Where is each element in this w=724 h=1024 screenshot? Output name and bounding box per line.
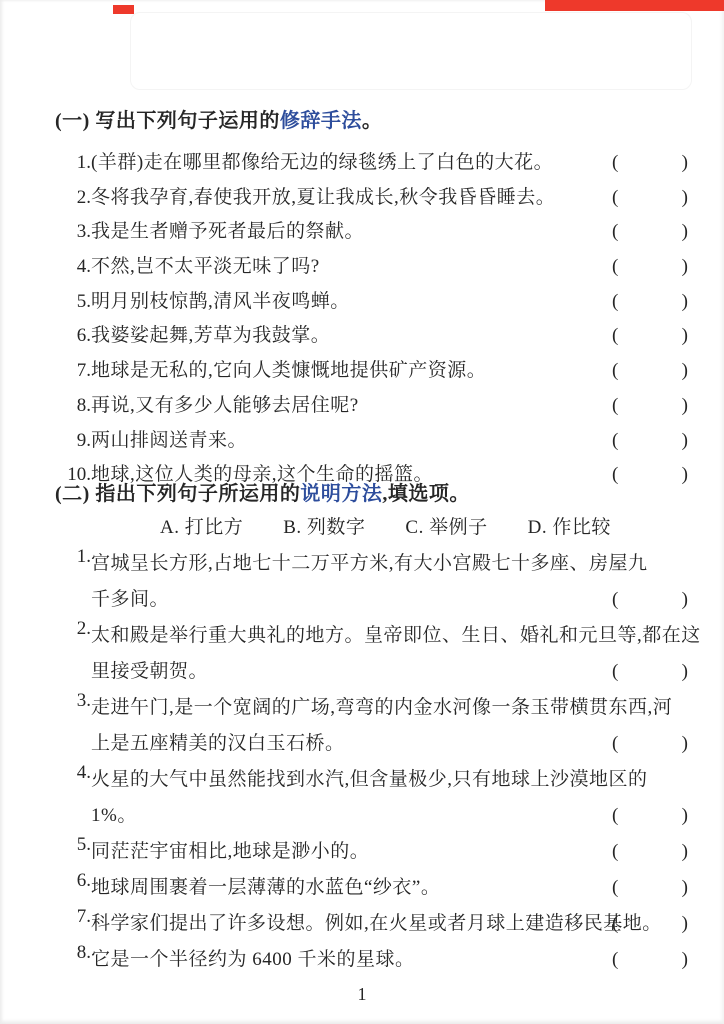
section-1-heading: (一) 写出下列句子运用的修辞手法。 bbox=[55, 104, 688, 133]
question-item: 2.太和殿是举行重大典礼的地方。皇帝即位、生日、婚礼和元旦等,都在这里接受朝贺。… bbox=[55, 618, 688, 690]
bracket-close-paren: ) bbox=[682, 319, 688, 354]
answer-blank: () bbox=[612, 942, 688, 978]
question-number: 5. bbox=[55, 285, 91, 320]
question-item: 7.科学家们提出了许多设想。例如,在火星或者月球上建造移民基地。() bbox=[55, 906, 688, 942]
answer-blank: () bbox=[612, 654, 688, 690]
bracket-close-paren: ) bbox=[682, 354, 688, 389]
question-number: 6. bbox=[55, 870, 91, 906]
question-body: 火星的大气中虽然能找到水汽,但含量极少,只有地球上沙漠地区的1%。() bbox=[91, 762, 688, 834]
answer-blank: () bbox=[612, 906, 688, 942]
section-2-question-list: 1.宫城呈长方形,占地七十二万平方米,有大小宫殿七十多座、房屋九千多间。()2.… bbox=[55, 546, 688, 978]
question-item: 1.(羊群)走在哪里都像给无边的绿毯绣上了白色的大花。() bbox=[55, 146, 688, 181]
option-label: D. 作比较 bbox=[528, 512, 611, 539]
question-item: 9.两山排闼送青来。() bbox=[55, 424, 688, 459]
bracket-open-paren: ( bbox=[612, 389, 618, 424]
bracket-close-paren: ) bbox=[682, 181, 688, 216]
section-1-heading-suffix: 。 bbox=[362, 110, 383, 132]
question-text: 不然,岂不太平淡无味了吗? bbox=[91, 256, 320, 277]
bracket-open-paren: ( bbox=[612, 906, 618, 942]
section-2-heading-prefix: (二) 指出下列句子所运用的 bbox=[55, 483, 300, 505]
bracket-open-paren: ( bbox=[612, 870, 618, 906]
bracket-close-paren: ) bbox=[682, 726, 688, 762]
question-number: 2. bbox=[55, 181, 91, 216]
explanation-term-highlight: 说明方法 bbox=[300, 483, 382, 505]
question-body: 科学家们提出了许多设想。例如,在火星或者月球上建造移民基地。() bbox=[91, 906, 688, 942]
question-line: 走进午门,是一个宽阔的广场,弯弯的内金水河像一条玉带横贯东西,河 bbox=[91, 690, 688, 726]
section-2-heading-suffix: ,填选项。 bbox=[382, 483, 470, 505]
question-line: 科学家们提出了许多设想。例如,在火星或者月球上建造移民基地。() bbox=[91, 906, 688, 942]
question-line: 上是五座精美的汉白玉石桥。() bbox=[91, 726, 688, 762]
bracket-close-paren: ) bbox=[682, 215, 688, 250]
question-text: 同茫茫宇宙相比,地球是渺小的。 bbox=[91, 841, 369, 862]
answer-blank: () bbox=[612, 798, 688, 834]
bracket-open-paren: ( bbox=[612, 319, 618, 354]
question-line: 太和殿是举行重大典礼的地方。皇帝即位、生日、婚礼和元旦等,都在这 bbox=[91, 618, 688, 654]
bracket-close-paren: ) bbox=[682, 798, 688, 834]
question-text: 上是五座精美的汉白玉石桥。 bbox=[91, 733, 345, 754]
answer-blank: () bbox=[612, 215, 688, 250]
bracket-open-paren: ( bbox=[612, 726, 618, 762]
rhetoric-term-highlight: 修辞手法 bbox=[280, 110, 362, 132]
question-line: 里接受朝贺。() bbox=[91, 654, 688, 690]
answer-blank: () bbox=[612, 424, 688, 459]
question-number: 7. bbox=[55, 354, 91, 389]
question-body: 宫城呈长方形,占地七十二万平方米,有大小宫殿七十多座、房屋九千多间。() bbox=[91, 546, 688, 618]
question-number: 8. bbox=[55, 942, 91, 978]
question-item: 5.同茫茫宇宙相比,地球是渺小的。() bbox=[55, 834, 688, 870]
answer-blank: () bbox=[612, 146, 688, 181]
question-text: 地球周围裹着一层薄薄的水蓝色“纱衣”。 bbox=[91, 877, 440, 898]
question-body: 地球周围裹着一层薄薄的水蓝色“纱衣”。() bbox=[91, 870, 688, 906]
bracket-close-paren: ) bbox=[682, 424, 688, 459]
bracket-open-paren: ( bbox=[612, 834, 618, 870]
bracket-close-paren: ) bbox=[682, 942, 688, 978]
question-text: 火星的大气中虽然能找到水汽,但含量极少,只有地球上沙漠地区的 bbox=[91, 769, 648, 790]
bracket-open-paren: ( bbox=[612, 582, 618, 618]
answer-blank: () bbox=[612, 726, 688, 762]
question-text: (羊群)走在哪里都像给无边的绿毯绣上了白色的大花。 bbox=[91, 152, 553, 173]
question-body: 它是一个半径约为 6400 千米的星球。() bbox=[91, 942, 688, 978]
question-line: 地球周围裹着一层薄薄的水蓝色“纱衣”。() bbox=[91, 870, 688, 906]
question-number: 1. bbox=[55, 146, 91, 181]
bracket-close-paren: ) bbox=[682, 834, 688, 870]
answer-blank: () bbox=[612, 389, 688, 424]
question-line: 火星的大气中虽然能找到水汽,但含量极少,只有地球上沙漠地区的 bbox=[91, 762, 688, 798]
option-label: C. 举例子 bbox=[405, 512, 487, 539]
question-text: 太和殿是举行重大典礼的地方。皇帝即位、生日、婚礼和元旦等,都在这 bbox=[91, 625, 701, 646]
question-item: 4.不然,岂不太平淡无味了吗?() bbox=[55, 250, 688, 285]
bracket-close-paren: ) bbox=[682, 250, 688, 285]
question-line: 宫城呈长方形,占地七十二万平方米,有大小宫殿七十多座、房屋九 bbox=[91, 546, 688, 582]
question-number: 7. bbox=[55, 906, 91, 942]
bracket-close-paren: ) bbox=[682, 654, 688, 690]
question-number: 8. bbox=[55, 389, 91, 424]
question-number: 2. bbox=[55, 618, 91, 690]
answer-blank: () bbox=[612, 181, 688, 216]
question-number: 6. bbox=[55, 319, 91, 354]
answer-blank: () bbox=[612, 285, 688, 320]
question-item: 1.宫城呈长方形,占地七十二万平方米,有大小宫殿七十多座、房屋九千多间。() bbox=[55, 546, 688, 618]
question-number: 3. bbox=[55, 690, 91, 762]
question-item: 7.地球是无私的,它向人类慷慨地提供矿产资源。() bbox=[55, 354, 688, 389]
question-text: 科学家们提出了许多设想。例如,在火星或者月球上建造移民基地。 bbox=[91, 913, 662, 934]
bracket-close-paren: ) bbox=[682, 906, 688, 942]
question-number: 1. bbox=[55, 546, 91, 618]
bracket-open-paren: ( bbox=[612, 798, 618, 834]
worksheet-page: (一) 写出下列句子运用的修辞手法。 1.(羊群)走在哪里都像给无边的绿毯绣上了… bbox=[0, 0, 724, 1024]
answer-blank: () bbox=[612, 582, 688, 618]
bracket-open-paren: ( bbox=[612, 285, 618, 320]
choice-options-row: A. 打比方B. 列数字C. 举例子D. 作比较 bbox=[160, 512, 611, 539]
question-line: 它是一个半径约为 6400 千米的星球。() bbox=[91, 942, 688, 978]
question-text: 两山排闼送青来。 bbox=[91, 430, 247, 451]
bracket-open-paren: ( bbox=[612, 146, 618, 181]
question-text: 宫城呈长方形,占地七十二万平方米,有大小宫殿七十多座、房屋九 bbox=[91, 553, 648, 574]
answer-blank: () bbox=[612, 354, 688, 389]
question-text: 我婆娑起舞,芳草为我鼓掌。 bbox=[91, 325, 330, 346]
question-line: 1%。() bbox=[91, 798, 688, 834]
bracket-open-paren: ( bbox=[612, 654, 618, 690]
question-text: 明月别枝惊鹊,清风半夜鸣蝉。 bbox=[91, 291, 350, 312]
question-text: 地球是无私的,它向人类慷慨地提供矿产资源。 bbox=[91, 360, 486, 381]
red-scan-mark-left bbox=[113, 5, 134, 14]
question-line: 同茫茫宇宙相比,地球是渺小的。() bbox=[91, 834, 688, 870]
answer-blank: () bbox=[612, 250, 688, 285]
question-item: 5.明月别枝惊鹊,清风半夜鸣蝉。() bbox=[55, 285, 688, 320]
question-line: 千多间。() bbox=[91, 582, 688, 618]
question-body: 走进午门,是一个宽阔的广场,弯弯的内金水河像一条玉带横贯东西,河上是五座精美的汉… bbox=[91, 690, 688, 762]
bracket-open-paren: ( bbox=[612, 215, 618, 250]
question-text: 它是一个半径约为 6400 千米的星球。 bbox=[91, 949, 415, 970]
bracket-close-paren: ) bbox=[682, 285, 688, 320]
question-item: 8.它是一个半径约为 6400 千米的星球。() bbox=[55, 942, 688, 978]
question-text: 千多间。 bbox=[91, 589, 169, 610]
question-text: 1%。 bbox=[91, 805, 137, 826]
question-item: 3.我是生者赠予死者最后的祭献。() bbox=[55, 215, 688, 250]
question-number: 4. bbox=[55, 762, 91, 834]
bracket-close-paren: ) bbox=[682, 389, 688, 424]
section-1-question-list: 1.(羊群)走在哪里都像给无边的绿毯绣上了白色的大花。()2.冬将我孕育,春使我… bbox=[55, 146, 688, 493]
answer-blank: () bbox=[612, 319, 688, 354]
answer-blank: () bbox=[612, 870, 688, 906]
question-item: 2.冬将我孕育,春使我开放,夏让我成长,秋令我昏昏睡去。() bbox=[55, 181, 688, 216]
answer-blank: () bbox=[612, 834, 688, 870]
question-body: 同茫茫宇宙相比,地球是渺小的。() bbox=[91, 834, 688, 870]
question-item: 8.再说,又有多少人能够去居住呢?() bbox=[55, 389, 688, 424]
option-label: A. 打比方 bbox=[160, 512, 243, 539]
bracket-open-paren: ( bbox=[612, 942, 618, 978]
question-text: 走进午门,是一个宽阔的广场,弯弯的内金水河像一条玉带横贯东西,河 bbox=[91, 697, 672, 718]
question-text: 再说,又有多少人能够去居住呢? bbox=[91, 395, 359, 416]
question-text: 我是生者赠予死者最后的祭献。 bbox=[91, 221, 364, 242]
section-1-heading-prefix: (一) 写出下列句子运用的 bbox=[55, 110, 280, 132]
question-item: 6.地球周围裹着一层薄薄的水蓝色“纱衣”。() bbox=[55, 870, 688, 906]
bracket-close-paren: ) bbox=[682, 146, 688, 181]
question-text: 冬将我孕育,春使我开放,夏让我成长,秋令我昏昏睡去。 bbox=[91, 187, 555, 208]
question-number: 5. bbox=[55, 834, 91, 870]
question-item: 3.走进午门,是一个宽阔的广场,弯弯的内金水河像一条玉带横贯东西,河上是五座精美… bbox=[55, 690, 688, 762]
question-item: 4.火星的大气中虽然能找到水汽,但含量极少,只有地球上沙漠地区的1%。() bbox=[55, 762, 688, 834]
bracket-close-paren: ) bbox=[682, 582, 688, 618]
question-number: 3. bbox=[55, 215, 91, 250]
question-body: 太和殿是举行重大典礼的地方。皇帝即位、生日、婚礼和元旦等,都在这里接受朝贺。() bbox=[91, 618, 688, 690]
faint-scan-artifact-box bbox=[130, 12, 692, 90]
question-number: 4. bbox=[55, 250, 91, 285]
option-label: B. 列数字 bbox=[283, 512, 365, 539]
bracket-open-paren: ( bbox=[612, 181, 618, 216]
page-number: 1 bbox=[0, 984, 724, 1005]
question-number: 9. bbox=[55, 424, 91, 459]
bracket-open-paren: ( bbox=[612, 250, 618, 285]
bracket-open-paren: ( bbox=[612, 354, 618, 389]
bracket-open-paren: ( bbox=[612, 424, 618, 459]
question-item: 6.我婆娑起舞,芳草为我鼓掌。() bbox=[55, 319, 688, 354]
red-scan-mark-right bbox=[545, 0, 724, 11]
bracket-close-paren: ) bbox=[682, 870, 688, 906]
section-2-heading: (二) 指出下列句子所运用的说明方法,填选项。 bbox=[55, 477, 688, 506]
question-text: 里接受朝贺。 bbox=[91, 661, 208, 682]
